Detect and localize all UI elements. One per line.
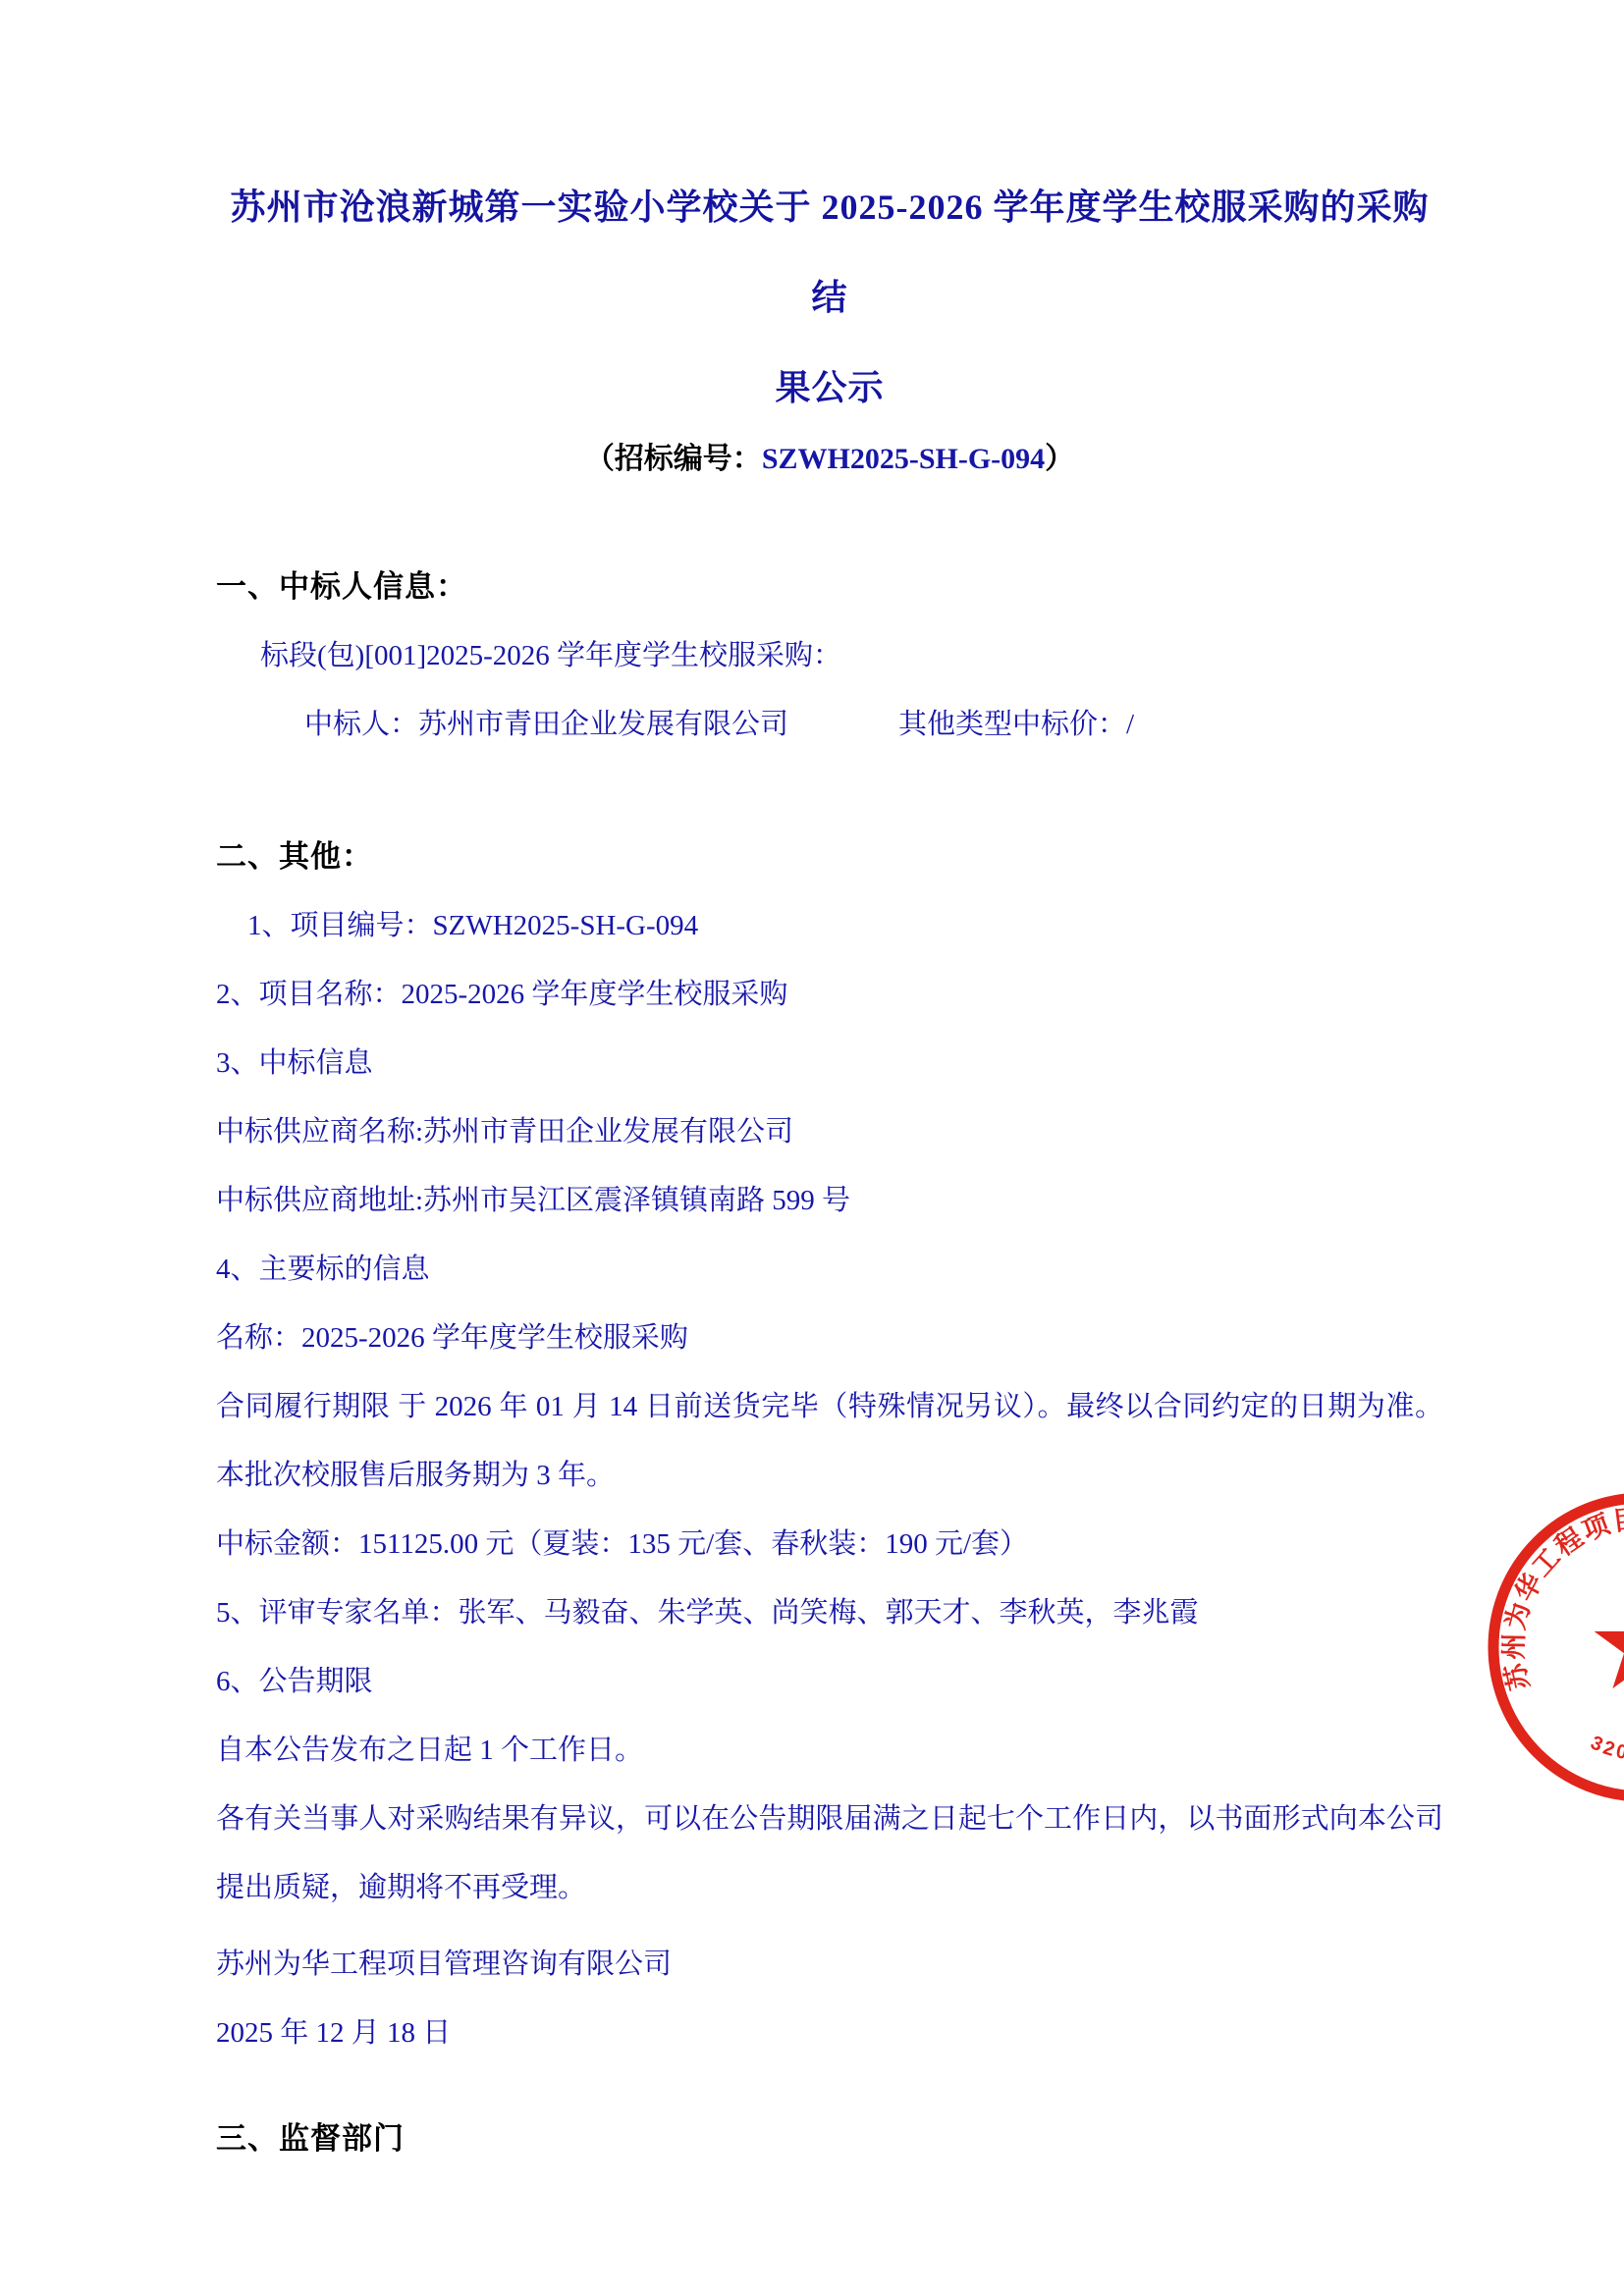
project-name-line: 2、项目名称：2025-2026 学年度学生校服采购 — [216, 960, 1443, 1029]
notice-period-heading-line: 6、公告期限 — [216, 1647, 1443, 1716]
tender-number-value: SZWH2025-SH-G-094 — [762, 443, 1045, 475]
lot-package-line: 标段(包)[001]2025-2026 学年度学生校服采购： — [216, 621, 1443, 690]
signoff-date-line: 2025 年 12 月 18 日 — [216, 1999, 1443, 2067]
page-title: 苏州市沧浪新城第一实验小学校关于 2025-2026 学年度学生校服采购的采购结… — [216, 162, 1443, 433]
section-2-heading: 二、其他： — [216, 823, 1443, 891]
other-bid-price: 其他类型中标价：/ — [898, 690, 1134, 759]
document-page: 苏州市沧浪新城第一实验小学校关于 2025-2026 学年度学生校服采购的采购结… — [0, 0, 1624, 2296]
bid-info-heading-line: 3、中标信息 — [216, 1029, 1443, 1097]
supplier-address-line: 中标供应商地址:苏州市吴江区震泽镇镇南路 599 号 — [216, 1166, 1443, 1235]
objection-paragraph: 各有关当事人对采购结果有异议，可以在公告期限届满之日起七个工作日内，以书面形式向… — [216, 1785, 1443, 1922]
expert-list-line: 5、评审专家名单：张军、马毅奋、朱学英、尚笑梅、郭天才、李秋英，李兆霞 — [216, 1578, 1443, 1647]
bid-amount-line: 中标金额：151125.00 元（夏装：135 元/套、春秋装：190 元/套） — [216, 1510, 1443, 1578]
supplier-name-line: 中标供应商名称:苏州市青田企业发展有限公司 — [216, 1097, 1443, 1166]
page-title-line1: 苏州市沧浪新城第一实验小学校关于 2025-2026 学年度学生校服采购的采购结 — [231, 187, 1430, 317]
winner-name: 中标人：苏州市青田企业发展有限公司 — [304, 709, 788, 740]
agency-company-line: 苏州为华工程项目管理咨询有限公司 — [216, 1930, 1443, 1999]
main-subject-heading-line: 4、主要标的信息 — [216, 1235, 1443, 1304]
subject-name-line: 名称：2025-2026 学年度学生校服采购 — [216, 1304, 1443, 1372]
document-content: 苏州市沧浪新城第一实验小学校关于 2025-2026 学年度学生校服采购的采购结… — [0, 0, 1624, 2173]
tender-number-line: （招标编号：SZWH2025-SH-G-094） — [216, 425, 1443, 494]
section-1-heading: 一、中标人信息： — [216, 553, 1443, 621]
winner-line: 中标人：苏州市青田企业发展有限公司其他类型中标价：/ — [216, 690, 1443, 759]
section-3-heading: 三、监督部门 — [216, 2105, 1443, 2173]
contract-period-paragraph: 合同履行期限 于 2026 年 01 月 14 日前送货完毕（特殊情况另议）。最… — [216, 1372, 1443, 1510]
page-title-line2: 果公示 — [775, 368, 884, 407]
tender-number-suffix: ） — [1045, 443, 1074, 475]
tender-number-label: （招标编号： — [585, 443, 762, 475]
project-number-line: 1、项目编号：SZWH2025-SH-G-094 — [216, 891, 1443, 960]
notice-period-line: 自本公告发布之日起 1 个工作日。 — [216, 1716, 1443, 1785]
